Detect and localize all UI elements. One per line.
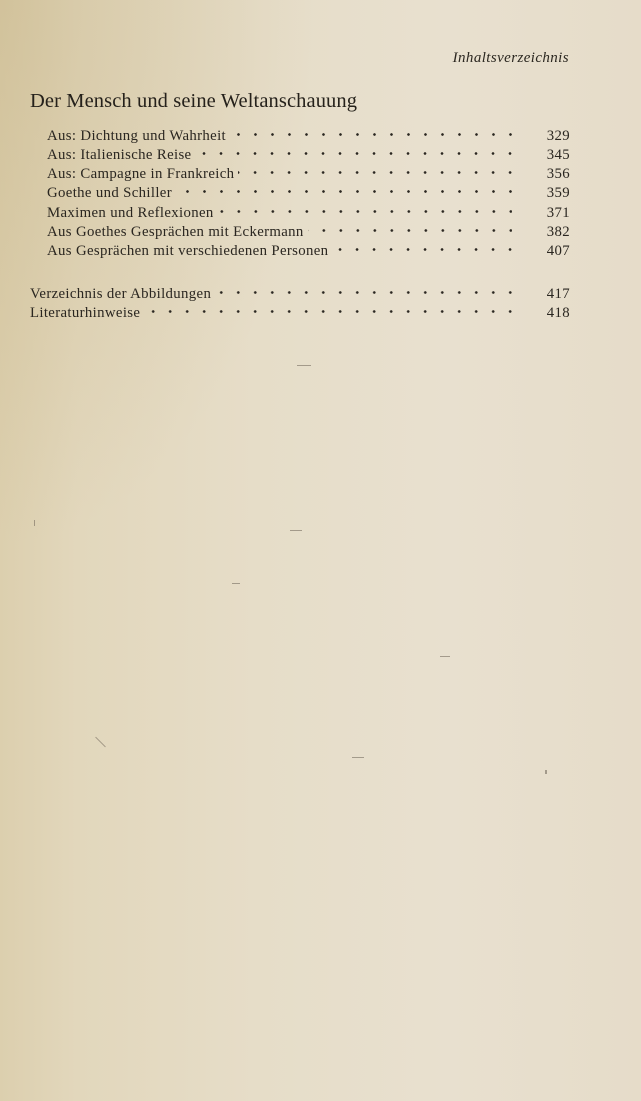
toc-entry[interactable]: Aus Gesprächen mit verschiedenen Persone… (47, 236, 570, 255)
paper-speck (290, 530, 302, 531)
dot-leader (144, 298, 512, 317)
toc-entry[interactable]: Aus: Dichtung und Wahrheit 329 (47, 121, 570, 140)
paper-speck (34, 520, 35, 526)
toc-entry[interactable]: Aus: Campagne in Frankreich 356 (47, 159, 570, 178)
toc-entry[interactable]: Aus Goethes Gesprächen mit Eckermann 382 (47, 217, 570, 236)
dot-leader (215, 279, 512, 298)
toc-entry[interactable]: Literaturhinweise 418 (30, 298, 570, 317)
toc-entry[interactable]: Verzeichnis der Abbildungen 417 (30, 279, 570, 298)
section-title: Der Mensch und seine Weltanschauung (30, 90, 357, 113)
toc-entry-label: Aus Gesprächen mit verschiedenen Persone… (47, 243, 332, 260)
dot-leader (308, 217, 512, 236)
book-page: Inhaltsverzeichnis Der Mensch und seine … (0, 0, 641, 1101)
dot-leader (218, 198, 512, 217)
dot-leader (230, 121, 512, 140)
dot-leader (195, 140, 512, 159)
dot-leader (176, 178, 512, 197)
paper-speck (545, 770, 547, 774)
dot-leader (332, 236, 512, 255)
paper-speck (232, 583, 240, 584)
toc-entry-page: 407 (512, 243, 570, 260)
paper-speck (297, 365, 311, 366)
paper-speck (440, 656, 450, 657)
toc-entry-label: Literaturhinweise (30, 305, 144, 322)
toc-entry[interactable]: Maximen und Reflexionen 371 (47, 198, 570, 217)
toc-entry[interactable]: Goethe und Schiller 359 (47, 178, 570, 197)
toc-entry[interactable]: Aus: Italienische Reise 345 (47, 140, 570, 159)
dot-leader (238, 159, 512, 178)
toc-entry-page: 418 (512, 305, 570, 322)
paper-speck (352, 757, 364, 758)
running-head: Inhaltsverzeichnis (453, 50, 569, 67)
paper-speck (95, 737, 106, 748)
